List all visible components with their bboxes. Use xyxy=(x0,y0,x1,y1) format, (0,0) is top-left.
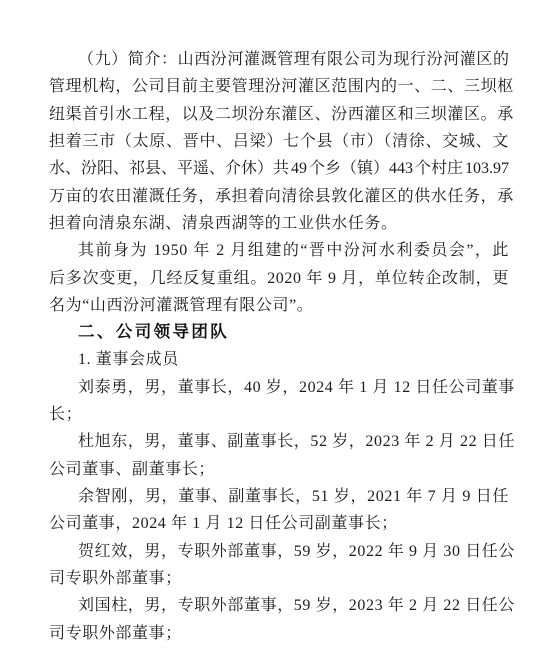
director-entry-line: 长； xyxy=(49,401,509,428)
subsection-label: 1. 董事会成员 xyxy=(49,346,509,373)
history-paragraph-line: 后多次变更，几经反复重组。2020 年 9 月，单位转企改制，更 xyxy=(49,265,509,292)
intro-paragraph-line: 担着向清泉东湖、清泉西湖等的工业供水任务。 xyxy=(49,210,509,237)
intro-paragraph-line: 万亩的农田灌溉任务，承担着向清徐县敦化灌区的供水任务，承 xyxy=(49,183,509,210)
intro-paragraph-line: （九）简介：山西汾河灌溉管理有限公司为现行汾河灌区的 xyxy=(49,46,509,73)
section-heading: 二、公司领导团队 xyxy=(49,319,509,346)
history-paragraph-line: 名为“山西汾河灌溉管理有限公司”。 xyxy=(49,292,509,319)
intro-paragraph-line: 纽渠首引水工程，以及二坝汾东灌区、汾西灌区和三坝灌区。承 xyxy=(49,101,509,128)
intro-paragraph-line: 管理机构，公司目前主要管理汾河灌区范围内的一、二、三坝枢 xyxy=(49,73,509,100)
document-content: （九）简介：山西汾河灌溉管理有限公司为现行汾河灌区的 管理机构，公司目前主要管理… xyxy=(49,46,509,647)
history-paragraph-line: 其前身为 1950 年 2 月组建的“晋中汾河水利委员会”，此 xyxy=(49,237,509,264)
intro-paragraph-line: 担着三市（太原、晋中、吕梁）七个县（市）（清徐、交城、文 xyxy=(49,128,509,155)
director-entry-line: 贺红效，男，专职外部董事，59 岁，2022 年 9 月 30 日任公 xyxy=(49,538,509,565)
director-entry-line: 公司董事、副董事长； xyxy=(49,456,509,483)
director-entry-line: 司专职外部董事； xyxy=(49,620,509,647)
document-page: （九）简介：山西汾河灌溉管理有限公司为现行汾河灌区的 管理机构，公司目前主要管理… xyxy=(0,0,560,659)
intro-paragraph-line: 水、汾阳、祁县、平遥、介休）共 49 个乡（镇）443 个村庄 103.97 xyxy=(49,155,509,182)
director-entry-line: 司专职外部董事； xyxy=(49,565,509,592)
director-entry-line: 刘泰勇，男，董事长，40 岁，2024 年 1 月 12 日任公司董事 xyxy=(49,374,509,401)
director-entry-line: 刘国柱，男，专职外部董事，59 岁，2023 年 2 月 22 日任公 xyxy=(49,592,509,619)
director-entry-line: 公司董事，2024 年 1 月 12 日任公司副董事长； xyxy=(49,510,509,537)
director-entry-line: 杜旭东，男，董事、副董事长，52 岁，2023 年 2 月 22 日任 xyxy=(49,428,509,455)
director-entry-line: 余智刚，男，董事、副董事长，51 岁，2021 年 7 月 9 日任 xyxy=(49,483,509,510)
